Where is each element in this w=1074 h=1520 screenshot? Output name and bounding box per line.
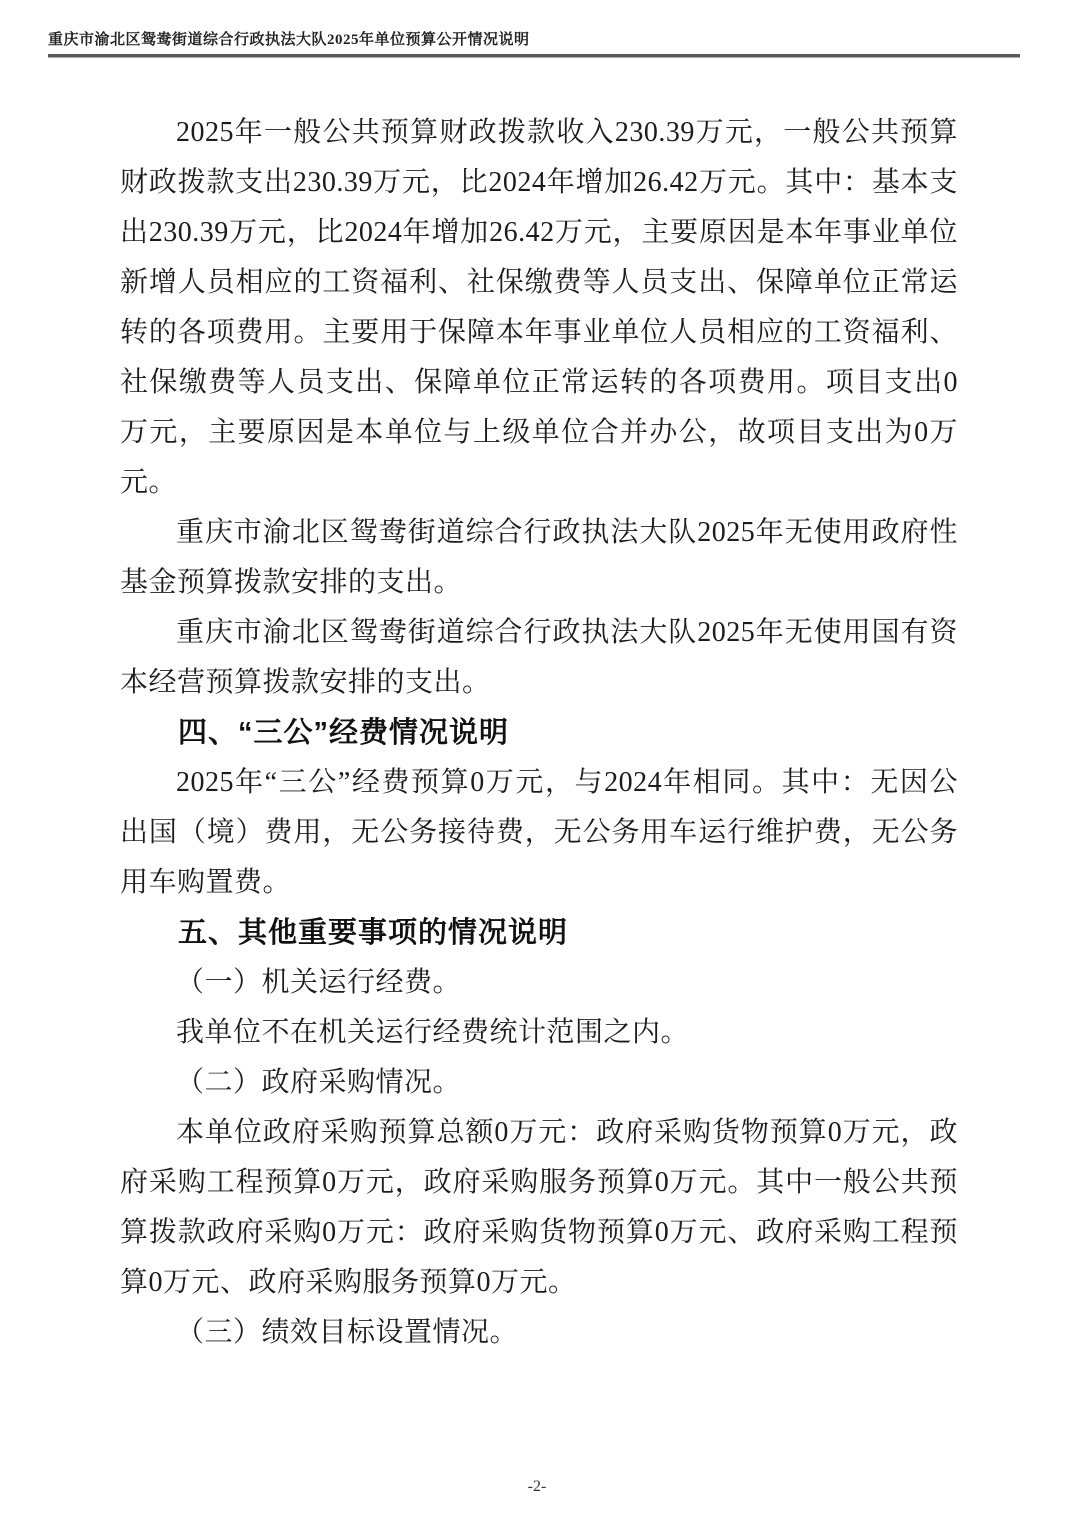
sub-heading-government-procurement: （二）政府采购情况。 xyxy=(120,1058,958,1108)
document-body: 2025年一般公共预算财政拨款收入230.39万元，一般公共预算财政拨款支出23… xyxy=(120,108,958,1358)
header-divider xyxy=(48,54,1020,58)
paragraph-general-budget-fiscal-allocation: 2025年一般公共预算财政拨款收入230.39万元，一般公共预算财政拨款支出23… xyxy=(120,108,958,508)
document-header-title: 重庆市渝北区鸳鸯街道综合行政执法大队2025年单位预算公开情况说明 xyxy=(48,28,1020,49)
sub-heading-agency-operating-funds: （一）机关运行经费。 xyxy=(120,958,958,1008)
document-header: 重庆市渝北区鸳鸯街道综合行政执法大队2025年单位预算公开情况说明 xyxy=(48,28,1020,49)
document-page: 重庆市渝北区鸳鸯街道综合行政执法大队2025年单位预算公开情况说明 2025年一… xyxy=(0,0,1074,1520)
paragraph-state-capital-budget: 重庆市渝北区鸳鸯街道综合行政执法大队2025年无使用国有资本经营预算拨款安排的支… xyxy=(120,608,958,708)
paragraph-three-public-expenses: 2025年“三公”经费预算0万元，与2024年相同。其中：无因公出国（境）费用，… xyxy=(120,758,958,908)
paragraph-agency-operating-funds: 我单位不在机关运行经费统计范围之内。 xyxy=(120,1008,958,1058)
paragraph-government-procurement: 本单位政府采购预算总额0万元：政府采购货物预算0万元，政府采购工程预算0万元，政… xyxy=(120,1108,958,1308)
page-footer: -2- xyxy=(0,1478,1074,1496)
section-heading-other-important-matters: 五、其他重要事项的情况说明 xyxy=(120,908,958,958)
section-heading-three-public-expenses: 四、“三公”经费情况说明 xyxy=(120,708,958,758)
sub-heading-performance-targets: （三）绩效目标设置情况。 xyxy=(120,1308,958,1358)
page-number: -2- xyxy=(528,1478,547,1495)
paragraph-government-fund-budget: 重庆市渝北区鸳鸯街道综合行政执法大队2025年无使用政府性基金预算拨款安排的支出… xyxy=(120,508,958,608)
